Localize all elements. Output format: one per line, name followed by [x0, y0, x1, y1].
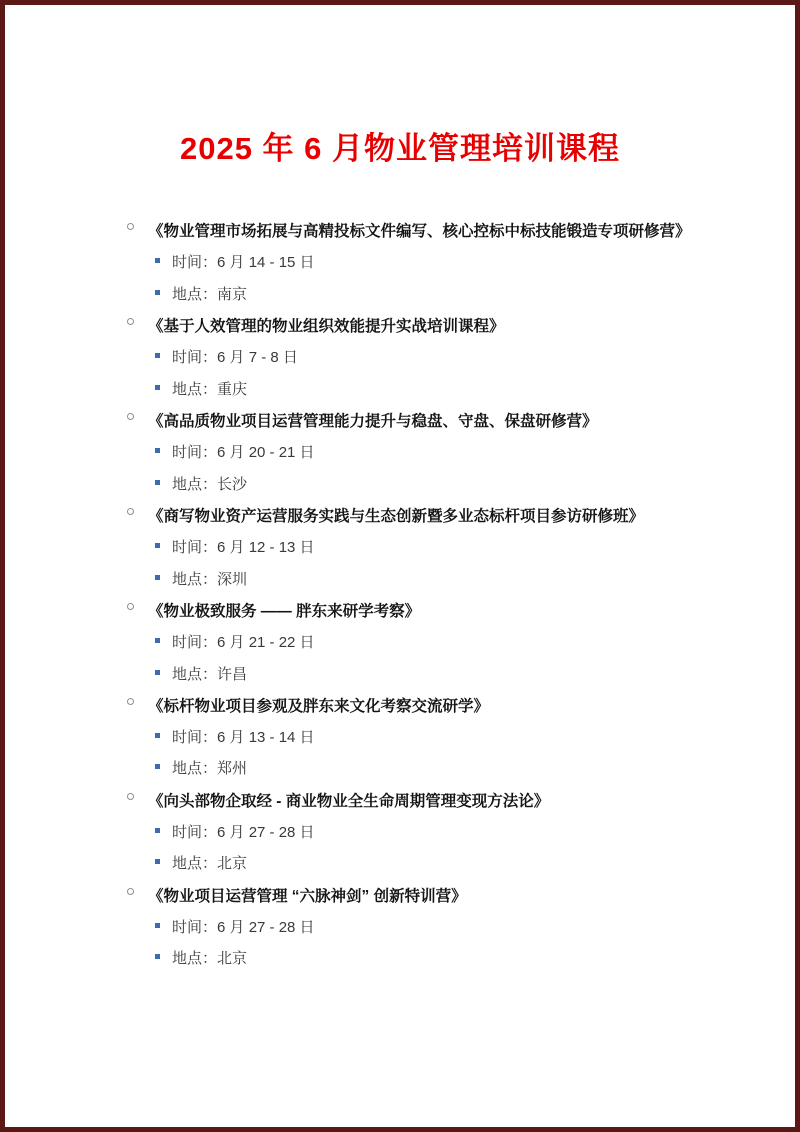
circle-bullet-icon: [127, 698, 134, 705]
course-time-text: 时间：6 月 27 - 28 日: [172, 916, 315, 937]
location-label: 地点：: [172, 760, 217, 777]
time-label: 时间：: [172, 919, 217, 936]
circle-bullet-icon: [127, 508, 134, 515]
circle-bullet-icon: [127, 888, 134, 895]
location-label: 地点：: [172, 855, 217, 872]
course-location-line: 地点：郑州: [5, 752, 795, 784]
course-time-text: 时间：6 月 13 - 14 日: [172, 726, 315, 747]
course-time-text: 时间：6 月 21 - 22 日: [172, 631, 315, 652]
course-title-line: 《物业管理市场拓展与高精投标文件编写、核心控标中标技能锻造专项研修营》: [5, 214, 795, 246]
time-label: 时间：: [172, 539, 217, 556]
course-title: 《基于人效管理的物业组织效能提升实战培训课程》: [148, 314, 505, 336]
circle-bullet-icon: [127, 223, 134, 230]
circle-bullet-icon: [127, 793, 134, 800]
course-time-line: 时间：6 月 14 - 15 日: [5, 246, 795, 278]
square-bullet-icon: [155, 638, 160, 643]
course-location-text: 地点：北京: [172, 852, 247, 873]
location-label: 地点：: [172, 950, 217, 967]
location-value: 郑州: [217, 760, 247, 777]
course-time-line: 时间：6 月 7 - 8 日: [5, 341, 795, 373]
time-value: 6 月 14 - 15 日: [217, 254, 315, 271]
course-item: 《物业管理市场拓展与高精投标文件编写、核心控标中标技能锻造专项研修营》 时间：6…: [5, 214, 795, 309]
square-bullet-icon: [155, 828, 160, 833]
course-time-text: 时间：6 月 7 - 8 日: [172, 346, 298, 367]
course-location-line: 地点：许昌: [5, 657, 795, 689]
time-label: 时间：: [172, 634, 217, 651]
square-bullet-icon: [155, 954, 160, 959]
location-label: 地点：: [172, 286, 217, 303]
course-title: 《向头部物企取经 - 商业物业全生命周期管理变现方法论》: [148, 789, 549, 811]
location-value: 南京: [217, 286, 247, 303]
course-time-line: 时间：6 月 13 - 14 日: [5, 721, 795, 753]
location-value: 北京: [217, 855, 247, 872]
square-bullet-icon: [155, 670, 160, 675]
square-bullet-icon: [155, 258, 160, 263]
course-location-text: 地点：长沙: [172, 473, 247, 494]
time-label: 时间：: [172, 349, 217, 366]
location-value: 重庆: [217, 381, 247, 398]
course-title-line: 《向头部物企取经 - 商业物业全生命周期管理变现方法论》: [5, 784, 795, 816]
square-bullet-icon: [155, 923, 160, 928]
course-item: 《物业项目运营管理 “六脉神剑” 创新特训营》 时间：6 月 27 - 28 日…: [5, 879, 795, 974]
document-page: 2025 年 6 月物业管理培训课程 《物业管理市场拓展与高精投标文件编写、核心…: [5, 129, 795, 974]
course-item: 《高品质物业项目运营管理能力提升与稳盘、守盘、保盘研修营》 时间：6 月 20 …: [5, 404, 795, 499]
circle-bullet-icon: [127, 413, 134, 420]
page-title: 2025 年 6 月物业管理培训课程: [5, 129, 795, 169]
course-title-line: 《标杆物业项目参观及胖东来文化考察交流研学》: [5, 689, 795, 721]
square-bullet-icon: [155, 385, 160, 390]
course-time-text: 时间：6 月 12 - 13 日: [172, 536, 315, 557]
course-title: 《物业极致服务 —— 胖东来研学考察》: [148, 599, 420, 621]
location-label: 地点：: [172, 476, 217, 493]
course-title: 《高品质物业项目运营管理能力提升与稳盘、守盘、保盘研修营》: [148, 409, 598, 431]
time-label: 时间：: [172, 824, 217, 841]
time-value: 6 月 12 - 13 日: [217, 539, 315, 556]
course-item: 《基于人效管理的物业组织效能提升实战培训课程》 时间：6 月 7 - 8 日 地…: [5, 309, 795, 404]
time-label: 时间：: [172, 729, 217, 746]
location-value: 长沙: [217, 476, 247, 493]
time-label: 时间：: [172, 254, 217, 271]
course-location-line: 地点：北京: [5, 942, 795, 974]
course-title-line: 《物业极致服务 —— 胖东来研学考察》: [5, 594, 795, 626]
course-item: 《向头部物企取经 - 商业物业全生命周期管理变现方法论》 时间：6 月 27 -…: [5, 784, 795, 879]
location-value: 许昌: [217, 666, 247, 683]
square-bullet-icon: [155, 733, 160, 738]
course-time-line: 时间：6 月 12 - 13 日: [5, 531, 795, 563]
course-time-line: 时间：6 月 27 - 28 日: [5, 815, 795, 847]
course-item: 《标杆物业项目参观及胖东来文化考察交流研学》 时间：6 月 13 - 14 日 …: [5, 689, 795, 784]
course-title: 《标杆物业项目参观及胖东来文化考察交流研学》: [148, 694, 489, 716]
course-time-text: 时间：6 月 20 - 21 日: [172, 441, 315, 462]
course-list: 《物业管理市场拓展与高精投标文件编写、核心控标中标技能锻造专项研修营》 时间：6…: [5, 214, 795, 974]
circle-bullet-icon: [127, 603, 134, 610]
course-title-line: 《高品质物业项目运营管理能力提升与稳盘、守盘、保盘研修营》: [5, 404, 795, 436]
course-title: 《商写物业资产运营服务实践与生态创新暨多业态标杆项目参访研修班》: [148, 504, 644, 526]
location-label: 地点：: [172, 666, 217, 683]
course-location-line: 地点：北京: [5, 847, 795, 879]
course-location-line: 地点：南京: [5, 277, 795, 309]
square-bullet-icon: [155, 859, 160, 864]
course-location-text: 地点：重庆: [172, 378, 247, 399]
location-value: 北京: [217, 950, 247, 967]
square-bullet-icon: [155, 448, 160, 453]
course-title: 《物业管理市场拓展与高精投标文件编写、核心控标中标技能锻造专项研修营》: [148, 219, 691, 241]
square-bullet-icon: [155, 543, 160, 548]
time-value: 6 月 13 - 14 日: [217, 729, 315, 746]
course-location-text: 地点：深圳: [172, 568, 247, 589]
course-item: 《物业极致服务 —— 胖东来研学考察》 时间：6 月 21 - 22 日 地点：…: [5, 594, 795, 689]
square-bullet-icon: [155, 290, 160, 295]
square-bullet-icon: [155, 575, 160, 580]
square-bullet-icon: [155, 764, 160, 769]
course-time-line: 时间：6 月 21 - 22 日: [5, 626, 795, 658]
course-time-line: 时间：6 月 20 - 21 日: [5, 436, 795, 468]
time-value: 6 月 27 - 28 日: [217, 824, 315, 841]
time-value: 6 月 27 - 28 日: [217, 919, 315, 936]
course-location-text: 地点：郑州: [172, 757, 247, 778]
course-location-line: 地点：长沙: [5, 467, 795, 499]
square-bullet-icon: [155, 480, 160, 485]
square-bullet-icon: [155, 353, 160, 358]
time-value: 6 月 21 - 22 日: [217, 634, 315, 651]
time-value: 6 月 20 - 21 日: [217, 444, 315, 461]
course-title-line: 《物业项目运营管理 “六脉神剑” 创新特训营》: [5, 879, 795, 911]
time-label: 时间：: [172, 444, 217, 461]
course-title: 《物业项目运营管理 “六脉神剑” 创新特训营》: [148, 884, 467, 906]
course-item: 《商写物业资产运营服务实践与生态创新暨多业态标杆项目参访研修班》 时间：6 月 …: [5, 499, 795, 594]
course-location-text: 地点：许昌: [172, 663, 247, 684]
course-location-text: 地点：南京: [172, 283, 247, 304]
location-value: 深圳: [217, 571, 247, 588]
course-title-line: 《基于人效管理的物业组织效能提升实战培训课程》: [5, 309, 795, 341]
course-time-text: 时间：6 月 27 - 28 日: [172, 821, 315, 842]
circle-bullet-icon: [127, 318, 134, 325]
time-value: 6 月 7 - 8 日: [217, 349, 298, 366]
course-location-line: 地点：深圳: [5, 562, 795, 594]
course-location-text: 地点：北京: [172, 947, 247, 968]
course-location-line: 地点：重庆: [5, 372, 795, 404]
location-label: 地点：: [172, 381, 217, 398]
course-time-line: 时间：6 月 27 - 28 日: [5, 910, 795, 942]
course-time-text: 时间：6 月 14 - 15 日: [172, 251, 315, 272]
location-label: 地点：: [172, 571, 217, 588]
course-title-line: 《商写物业资产运营服务实践与生态创新暨多业态标杆项目参访研修班》: [5, 499, 795, 531]
